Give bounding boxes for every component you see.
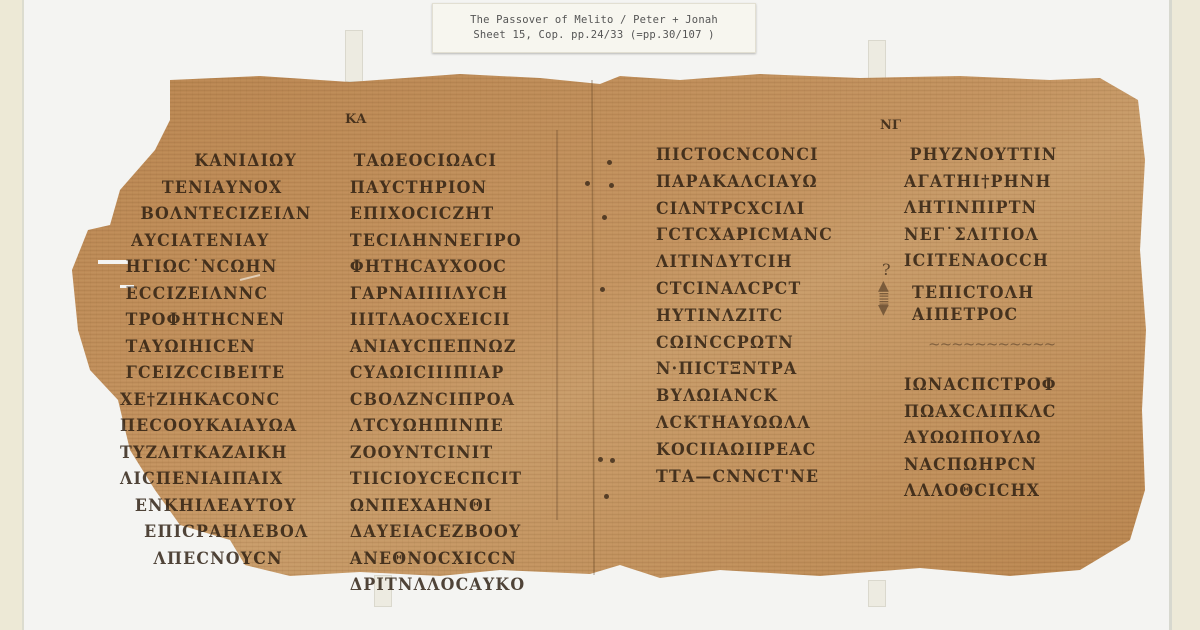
text-line: ΤΕΠΙCΤΟΛΗ <box>912 282 1034 304</box>
mat-border-left <box>0 0 24 630</box>
text-line: ΒΟΛΝΤΕCΙΖΕΙΛΝ <box>120 201 312 228</box>
text-line: ΔΡΙΤΝΛΛΟCΑΥΚΟ <box>348 572 525 599</box>
text-line: ΤΕΝΙΑΥΝΟΧ <box>120 175 312 202</box>
text-line: ΕΠΙΧΟCΙCΖΗΤ <box>348 201 525 228</box>
text-line: ΒΥΛΩΙΑΝCΚ <box>656 383 833 410</box>
text-line: ΕΝΚΗΙΛΕΑΥΤΟΥ <box>120 493 312 520</box>
text-line: ΚΟCΙΙΑΩΙΙΡΕΑC <box>656 437 833 464</box>
text-column-1: ΚΑΝΙΔΙΩΥ ΤΕΝΙΑΥΝΟΧ ΒΟΛΝΤΕCΙΖΕΙΛΝ ΑΥCΙΑΤΕ… <box>120 148 326 572</box>
text-line: ΑΥCΙΑΤΕΝΙΑΥ <box>120 228 312 255</box>
text-line: ΑΝΕΘΝΟCΧΙCCΝ <box>348 546 525 573</box>
text-line: Ν·ΠΙCΤΞΝΤΡΑ <box>656 356 833 383</box>
text-line: ΑΥΩΩΙΠΟΥΛΩ <box>904 425 1057 452</box>
text-line: ΙΩΝΑCΠCΤΡΟΦ <box>904 372 1057 399</box>
catalog-label-reference: Sheet 15, Cop. pp.24/33 (=pp.30/107 ) <box>473 28 714 43</box>
ink-dot <box>600 287 605 292</box>
text-line: ΛΗΤΙΝΠΙΡΤΝ <box>904 195 1057 222</box>
text-line: ΕΠΙCΡΑΗΛΕΒΟΛ <box>120 519 312 546</box>
text-line: ΤΕCΙΛΗΝΝΕΓΙΡΟ <box>348 228 525 255</box>
text-line: ΛΛΛΟΘCΙCΗΧ <box>904 478 1057 505</box>
text-line: CΤCΙΝΑΛCΡCΤ <box>656 276 833 303</box>
text-line: ΤΥΖΛΙΤΚΑΖΑΙΚΗ <box>120 440 312 467</box>
text-line: CΥΑΩΙCΙΙΙΠΙΑΡ <box>348 360 525 387</box>
text-line: ΤΑΩΕΟCΙΩΑCΙ <box>348 148 525 175</box>
ink-dot <box>607 160 612 165</box>
text-line: ΕCCΙΖΕΙΛΝΝC <box>120 281 312 308</box>
mat-border-right <box>1169 0 1200 630</box>
ink-dot <box>610 458 615 463</box>
papyrus-sheet: ΚΑ ΝΓ ΚΑΝΙΔΙΩΥ ΤΕΝΙΑΥΝΟΧ ΒΟΛΝΤΕCΙΖΕΙΛΝ Α… <box>60 70 1150 585</box>
text-line: ΠΕCΟΟΥΚΑΙΑΥΩΑ <box>120 413 312 440</box>
text-line: ΩΝΠΕΧΑΗΝΘΙ <box>348 493 525 520</box>
ink-dot <box>585 181 590 186</box>
text-line: ΑΙΠΕΤΡΟC <box>912 304 1034 326</box>
text-line: ΠΑΡΑΚΑΛCΙΑΥΩ <box>656 169 833 196</box>
text-line: ΡΗΥΖΝΟΥΤΤΙΝ <box>904 142 1057 169</box>
ink-dot <box>598 457 603 462</box>
coronis-ornament-icon: ▲≡≡▼ <box>878 282 890 314</box>
text-line: ΚΑΝΙΔΙΩΥ <box>120 148 312 175</box>
ink-dot <box>604 494 609 499</box>
ink-dot <box>602 215 607 220</box>
text-line: ΤΑΥΩΙΗΙCΕΝ <box>120 334 312 361</box>
text-line: ΤΙΙCΙΟΥCΕCΠCΙΤ <box>348 466 525 493</box>
text-line: ΑΓΑΤΗΙ†ΡΗΝΗ <box>904 169 1057 196</box>
text-line: ΠΩΑΧCΛΙΠΚΛC <box>904 399 1057 426</box>
text-column-4-title: ΤΕΠΙCΤΟΛΗ ΑΙΠΕΤΡΟC <box>912 282 1044 326</box>
text-line: ΠΙCΤΟCΝCΟΝCΙ <box>656 142 833 169</box>
margin-question-mark: ? <box>882 260 891 279</box>
text-line: ΓCΕΙΖCCΙΒΕΙΤΕ <box>120 360 312 387</box>
text-line: ΙCΙΤΕΝΑΟCCΗ <box>904 248 1057 275</box>
text-line: ΧΕ†ΖΙΗΚΑCΟΝC <box>120 387 312 414</box>
text-line: ΓΑΡΝΑΙΙΙΙΛΥCΗ <box>348 281 525 308</box>
text-column-4: ΡΗΥΖΝΟΥΤΤΙΝ ΑΓΑΤΗΙ†ΡΗΝΗ ΛΗΤΙΝΠΙΡΤΝ ΝΕΓ˙Σ… <box>904 142 1069 275</box>
page-number-right: ΝΓ <box>880 118 901 133</box>
text-line: ΓCΤCΧΑΡΙCΜΑΝC <box>656 222 833 249</box>
text-line: ΖΟΟΥΝΤCΙΝΙΤ <box>348 440 525 467</box>
text-line: ΤΤΑ—CΝΝCΤ'ΝΕ <box>656 464 833 491</box>
text-line: CΙΛΝΤΡCΧCΙΛΙ <box>656 196 833 223</box>
text-line: ΙΙΙΤΛΑΟCΧΕΙCΙΙ <box>348 307 525 334</box>
text-column-3: ΠΙCΤΟCΝCΟΝCΙ ΠΑΡΑΚΑΛCΙΑΥΩ CΙΛΝΤΡCΧCΙΛΙ Γ… <box>656 142 846 490</box>
page-number-left: ΚΑ <box>345 112 366 127</box>
text-line: ΝΑCΠΩΗΡCΝ <box>904 452 1057 479</box>
text-line: CΩΙΝCCΡΩΤΝ <box>656 330 833 357</box>
text-line: ΗΓΙΩϹ˙ΝCΩΗΝ <box>120 254 312 281</box>
catalog-label-title: The Passover of Melito / Peter + Jonah <box>470 13 718 28</box>
text-line: ΛCΚΤΗΑΥΩΩΛΛ <box>656 410 833 437</box>
text-line: ΛΙΤΙΝΔΥΤCΙΗ <box>656 249 833 276</box>
decorative-flourish: ~~~~~~~~~~~ <box>928 335 1055 353</box>
ink-dot <box>609 183 614 188</box>
text-line: ΛΤCΥΩΗΠΙΝΠΕ <box>348 413 525 440</box>
text-line: ΠΑΥCΤΗΡΙΟΝ <box>348 175 525 202</box>
text-line: ΛΙCΠΕΝΙΑΙΠΑΙΧ <box>120 466 312 493</box>
text-column-4-lower: ΙΩΝΑCΠCΤΡΟΦ ΠΩΑΧCΛΙΠΚΛC ΑΥΩΩΙΠΟΥΛΩ ΝΑCΠΩ… <box>904 372 1068 505</box>
text-line: ΗΥΤΙΝΛΖΙΤC <box>656 303 833 330</box>
text-line: CΒΟΛΖΝCΙΠΡΟΑ <box>348 387 525 414</box>
text-line: ΑΝΙΑΥCΠΕΠΝΩΖ <box>348 334 525 361</box>
text-line: ΛΠΕCΝΟΥCΝ <box>120 546 312 573</box>
text-column-2: ΤΑΩΕΟCΙΩΑCΙ ΠΑΥCΤΗΡΙΟΝ ΕΠΙΧΟCΙCΖΗΤ ΤΕCΙΛ… <box>348 148 539 599</box>
text-line: ΝΕΓ˙ΣΛΙΤΙΟΛ <box>904 222 1057 249</box>
text-line: ΤΡΟΦΗΤΗCΝΕΝ <box>120 307 312 334</box>
text-line: ΦΗΤΗCΑΥΧΟΟC <box>348 254 525 281</box>
catalog-label: The Passover of Melito / Peter + Jonah S… <box>432 3 756 53</box>
text-line: ΔΑΥΕΙΑCΕΖΒΟΟΥ <box>348 519 525 546</box>
